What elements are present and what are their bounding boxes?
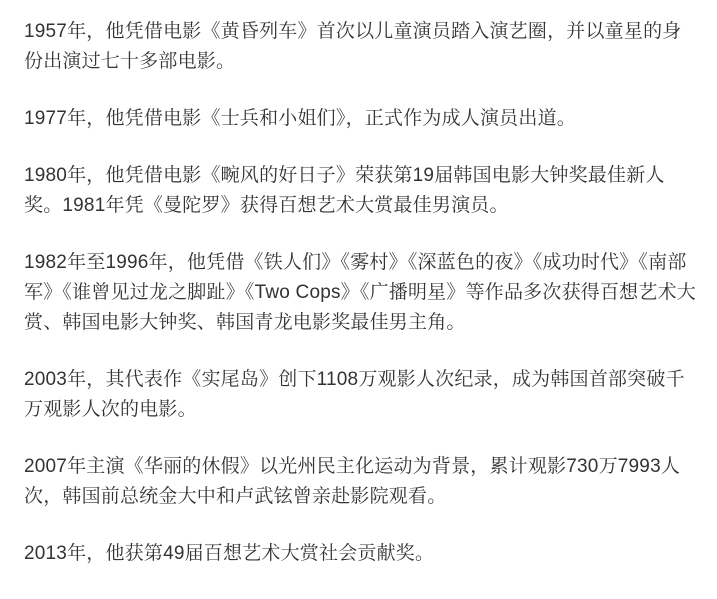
paragraph-2007: 2007年主演《华丽的休假》以光州民主化运动为背景，累计观影730万7993人次… (24, 452, 700, 512)
paragraph-2003: 2003年，其代表作《实尾岛》创下1108万观影人次纪录，成为韩国首部突破千万观… (24, 365, 700, 425)
paragraph-2013: 2013年，他获第49届百想艺术大赏社会贡献奖。 (24, 539, 700, 569)
paragraph-1977: 1977年，他凭借电影《士兵和小姐们》，正式作为成人演员出道。 (24, 104, 700, 134)
paragraph-1957: 1957年，他凭借电影《黄昏列车》首次以儿童演员踏入演艺圈，并以童星的身份出演过… (24, 17, 700, 77)
paragraph-1980-1981: 1980年，他凭借电影《畹风的好日子》荣获第19届韩国电影大钟奖最佳新人奖。19… (24, 161, 700, 221)
paragraph-1982-1996: 1982年至1996年，他凭借《铁人们》《雾村》《深蓝色的夜》《成功时代》《南部… (24, 248, 700, 338)
biography-article: 1957年，他凭借电影《黄昏列车》首次以儿童演员踏入演艺圈，并以童星的身份出演过… (0, 0, 717, 569)
